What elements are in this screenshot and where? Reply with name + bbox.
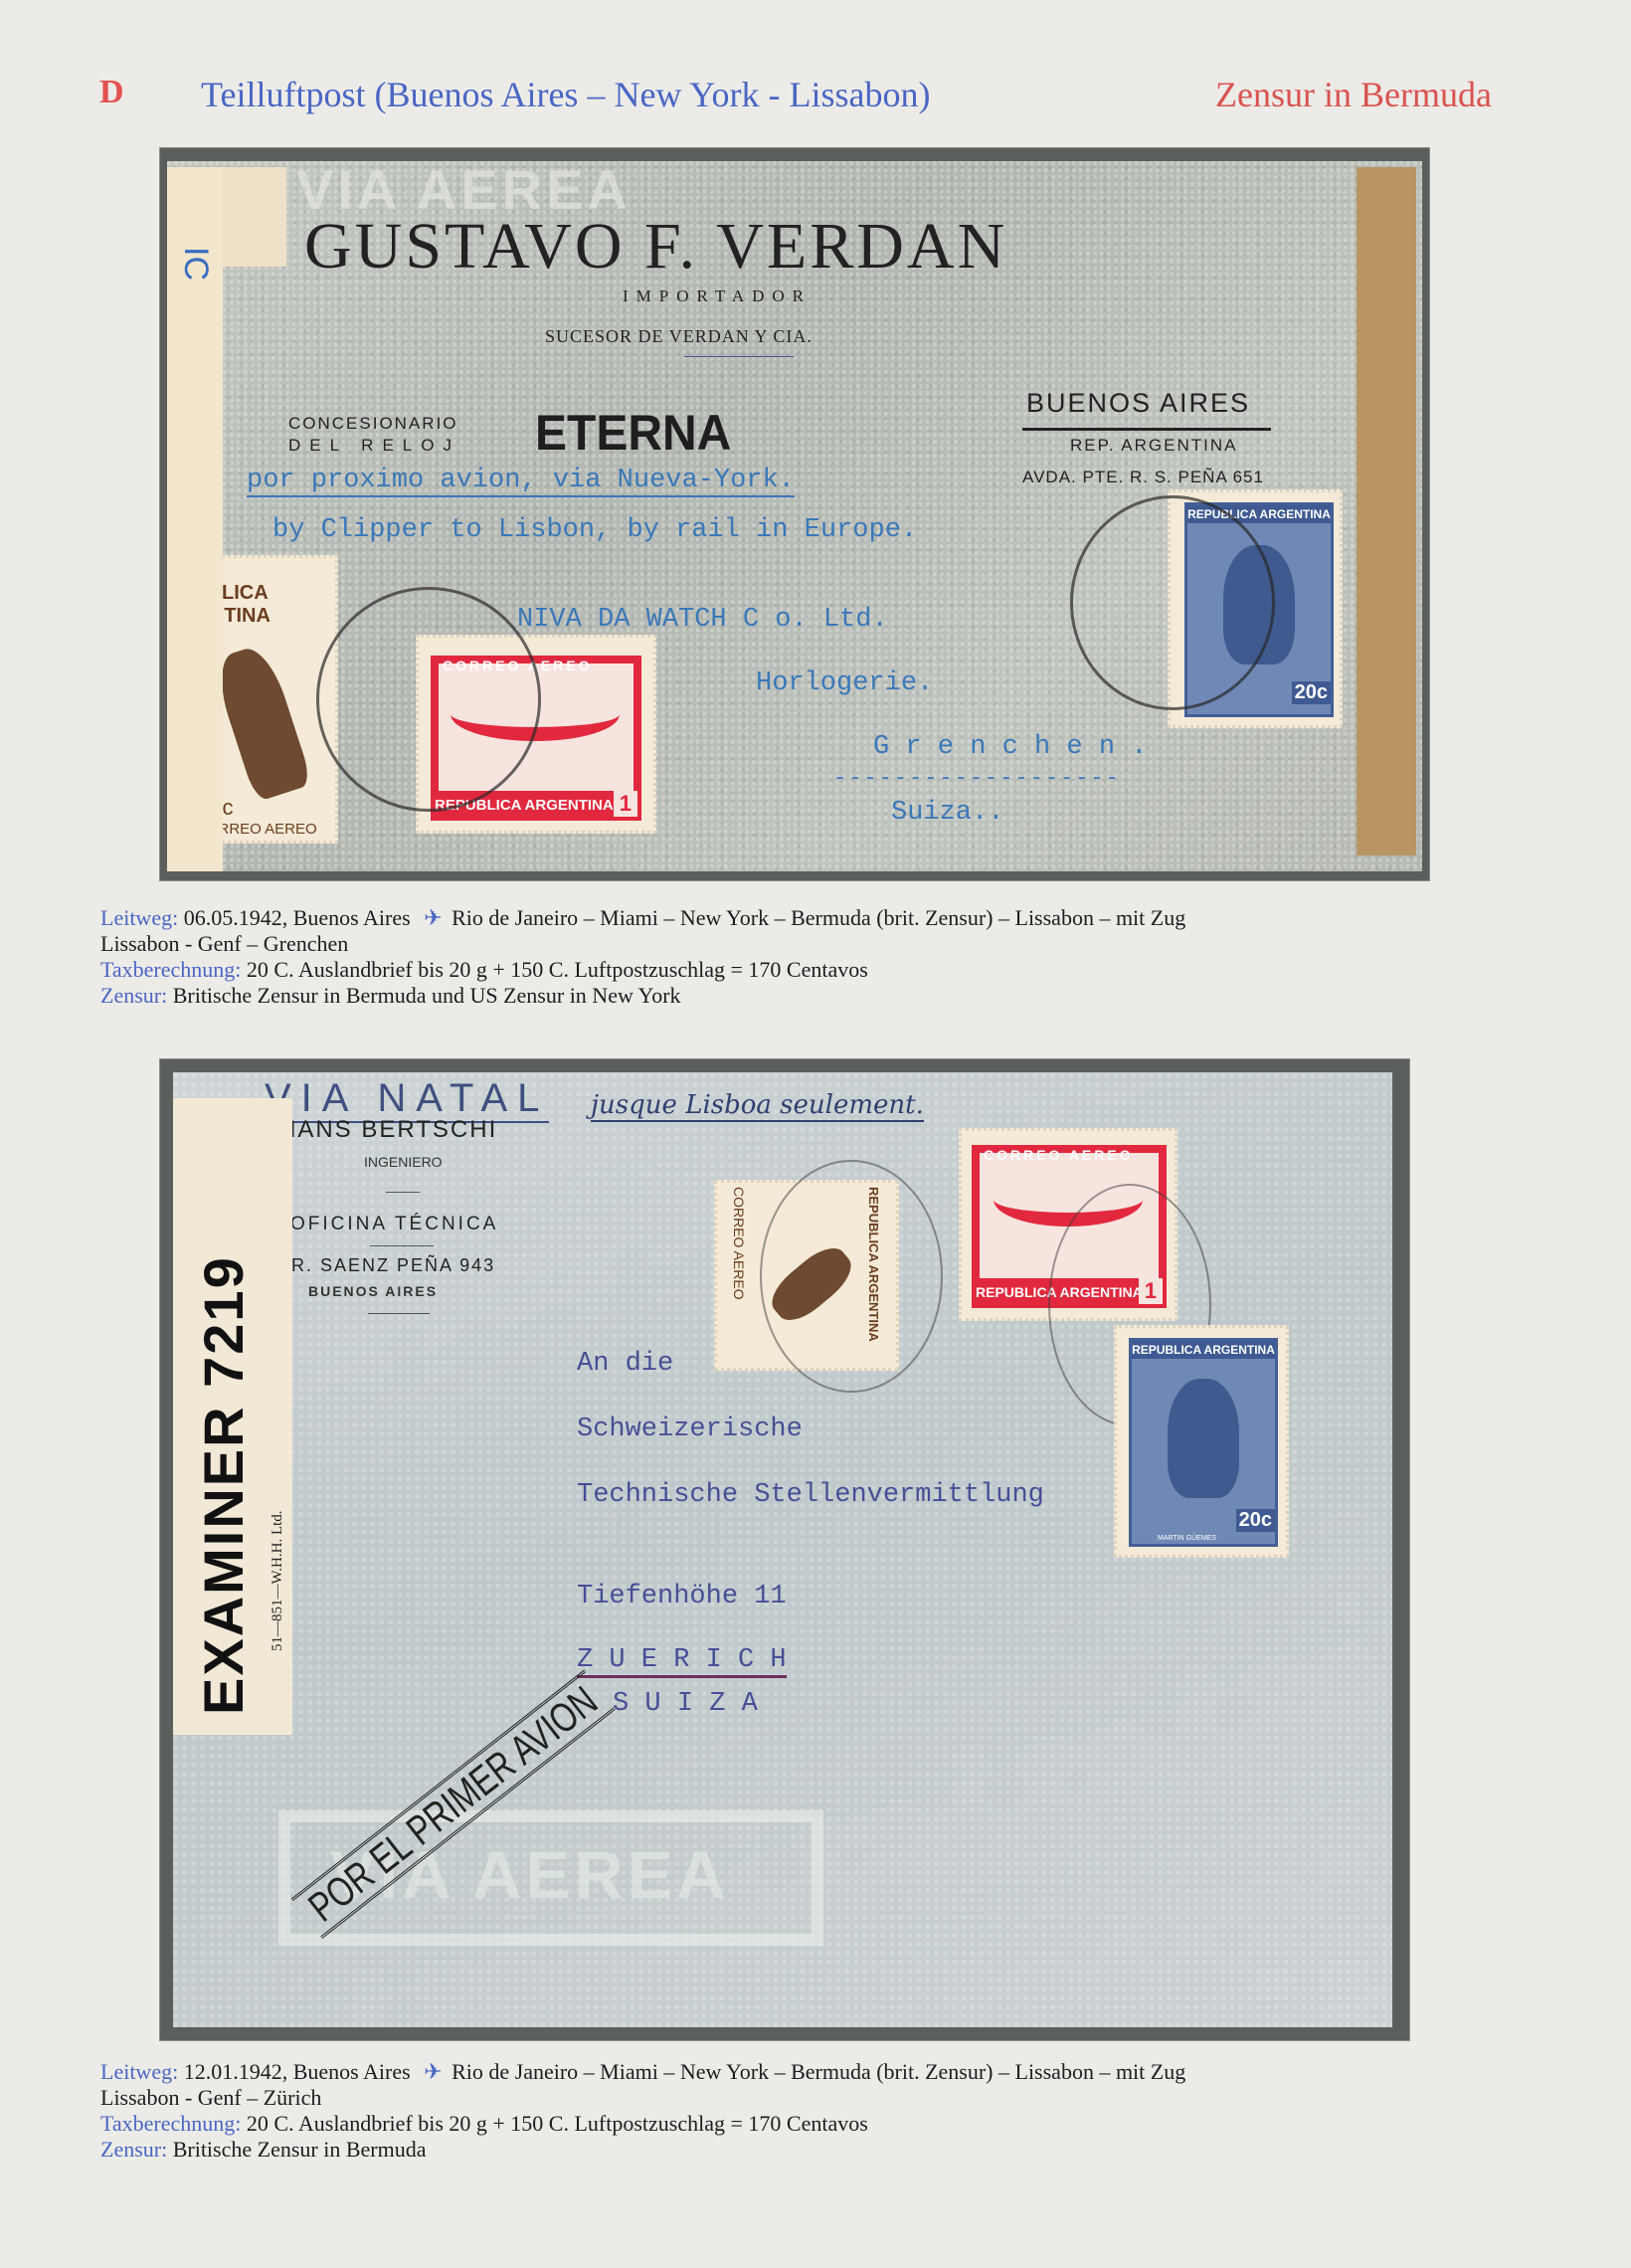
stamp-20c-guemes: REPUBLICA ARGENTINA 20c MARTIN GÜEMES [1114, 1325, 1289, 1558]
censor-line: Zensur: Britische Zensur in Bermuda und … [100, 983, 1542, 1009]
recipient-underline: ------------------- [833, 766, 1121, 791]
route-line: Leitweg: 12.01.1942, Buenos Aires ✈ Rio … [100, 2059, 1542, 2085]
caption-block-1: Leitweg: 06.05.1942, Buenos Aires ✈ Rio … [100, 905, 1542, 1009]
examiner-print-text: 51—851—W.H.H. Ltd. [270, 1510, 285, 1651]
route-start: 12.01.1942, Buenos Aires [184, 2059, 411, 2084]
postmark-circle [760, 1160, 943, 1393]
censor-text: Britische Zensur in Bermuda [173, 2137, 427, 2162]
recipient-line-3: Technische Stellenvermittlung [577, 1480, 1044, 1510]
sender-country: REP. ARGENTINA [1070, 436, 1237, 456]
page-title: Teilluftpost (Buenos Aires – New York - … [201, 74, 930, 115]
brand-logo: ETERNA [535, 405, 731, 463]
stamp-value: 1 [614, 791, 637, 817]
censor-tape-right [1357, 167, 1416, 855]
recipient-line-6: S U I Z A [613, 1689, 758, 1719]
recipient-line-3: G r e n c h e n . [873, 732, 1147, 762]
censor-text: Britische Zensur in Bermuda und US Zensu… [173, 983, 681, 1008]
sender-name: HANS BERTSCHI [278, 1116, 497, 1144]
sender-office: OFICINA TÉCNICA [290, 1214, 498, 1235]
route-label: Leitweg: [100, 2059, 178, 2084]
mercury-figure-icon [210, 642, 312, 802]
airplane-icon: ✈ [424, 905, 442, 931]
stamp-caption: CORREO AEREO [731, 1187, 747, 1300]
postmark-circle [316, 587, 541, 812]
censor-mark: IC [176, 247, 215, 281]
stamp-frame: REPUBLICA ARGENTINA 20c MARTIN GÜEMES [1129, 1338, 1278, 1547]
tax-text: 20 C. Auslandbrief bis 20 g + 150 C. Luf… [247, 957, 868, 982]
caption-block-2: Leitweg: 12.01.1942, Buenos Aires ✈ Rio … [100, 2059, 1542, 2163]
route-rest: Rio de Janeiro – Miami – New York – Berm… [452, 2059, 1185, 2084]
sender-name: GUSTAVO F. VERDAN [304, 209, 1007, 284]
route-line-2: Lissabon - Genf – Zürich [100, 2085, 1542, 2111]
censor-tape-examiner: EXAMINER 7219 51—851—W.H.H. Ltd. [173, 1098, 292, 1735]
handwritten-jusque-lisboa: jusque Lisboa seulement. [591, 1090, 924, 1122]
recipient-line-5: Z U E R I C H [577, 1645, 787, 1678]
routing-instruction-1: por proximo avion, via Nueva-York. [247, 466, 795, 497]
censor-label: Zensur: [100, 2137, 167, 2162]
tax-line: Taxberechnung: 20 C. Auslandbrief bis 20… [100, 957, 1542, 983]
sender-address: AVDA. PTE. R. S. PEÑA 651 [1022, 468, 1264, 487]
sender-city: BUENOS AIRES [1026, 388, 1250, 419]
tax-label: Taxberechnung: [100, 957, 241, 982]
concession-line-2: DEL RELOJ [288, 436, 460, 456]
recipient-line-2: Horlogerie. [756, 668, 933, 698]
stamp-caption: CORREO AEREO [984, 1147, 1134, 1163]
ornament-divider [684, 356, 794, 357]
censor-line: Zensur: Britische Zensur in Bermuda [100, 2137, 1542, 2163]
sender-successor: SUCESOR DE VERDAN Y CIA. [545, 326, 813, 347]
tax-label: Taxberechnung: [100, 2111, 241, 2136]
city-underline [1022, 428, 1271, 431]
examiner-text: EXAMINER 7219 [192, 1255, 255, 1715]
sender-role: INGENIERO [364, 1154, 443, 1170]
route-line-2: Lissabon - Genf – Grenchen [100, 931, 1542, 957]
censor-label: Zensur: [100, 983, 167, 1008]
stamp-portrait-name: MARTIN GÜEMES [1158, 1535, 1216, 1542]
postmark-circle [1070, 495, 1275, 710]
recipient-line-1: An die [577, 1349, 673, 1379]
recipient-line-4: Tiefenhöhe 11 [577, 1582, 787, 1611]
recipient-line-5: Suiza.. [891, 798, 1003, 828]
stamp-country: REPUBLICA ARGENTINA [1132, 1341, 1275, 1359]
examiner-print: 51—851—W.H.H. Ltd. [269, 1510, 286, 1651]
stamp-value: 20c [1236, 1509, 1275, 1532]
page-header: D Teilluftpost (Buenos Aires – New York … [0, 70, 1631, 119]
route-start: 06.05.1942, Buenos Aires [184, 905, 411, 930]
envelope-1-mount: VIA AEREA GUSTAVO F. VERDAN IMPORTADOR S… [159, 147, 1430, 881]
route-label: Leitweg: [100, 905, 178, 930]
airplane-icon: ✈ [424, 2059, 442, 2085]
concession-line-1: CONCESIONARIO [288, 414, 458, 434]
sender-city: BUENOS AIRES [308, 1283, 438, 1299]
section-letter: D [99, 74, 124, 111]
recipient-line-2: Schweizerische [577, 1415, 803, 1444]
tax-line: Taxberechnung: 20 C. Auslandbrief bis 20… [100, 2111, 1542, 2137]
route-rest: Rio de Janeiro – Miami – New York – Berm… [452, 905, 1185, 930]
page-subtitle: Zensur in Bermuda [1215, 74, 1492, 115]
stamp-value: 20c [1292, 681, 1331, 704]
divider [386, 1192, 420, 1193]
envelope-1: VIA AEREA GUSTAVO F. VERDAN IMPORTADOR S… [167, 161, 1422, 871]
examiner-label: EXAMINER 7219 [191, 1255, 256, 1715]
envelope-2: VIA NATAL jusque Lisboa seulement. HANS … [173, 1072, 1392, 2027]
route-line: Leitweg: 06.05.1942, Buenos Aires ✈ Rio … [100, 905, 1542, 931]
censor-tape-left: IC [167, 167, 223, 871]
censor-tape-flap [223, 167, 286, 267]
portrait-icon [1168, 1379, 1239, 1498]
divider [368, 1313, 430, 1314]
sender-role: IMPORTADOR [623, 286, 812, 306]
tax-text: 20 C. Auslandbrief bis 20 g + 150 C. Luf… [247, 2111, 868, 2136]
routing-instruction-2: by Clipper to Lisbon, by rail in Europe. [272, 515, 917, 545]
divider [370, 1245, 434, 1246]
envelope-2-mount: VIA NATAL jusque Lisboa seulement. HANS … [159, 1058, 1410, 2041]
recipient-line-1: NIVA DA WATCH C o. Ltd. [517, 605, 888, 635]
